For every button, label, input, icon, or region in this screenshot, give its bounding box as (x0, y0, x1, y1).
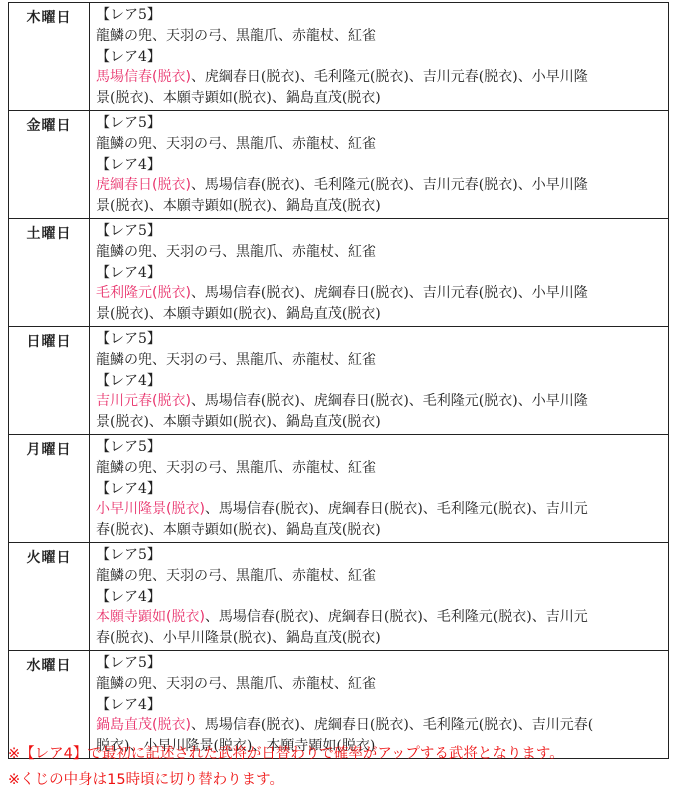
footnotes: ※【レア4】で最初に記述された武将が日替わりで確率がアップする武将となります。 … (8, 741, 564, 793)
content-cell: 【レア5】 龍鱗の兜、天羽の弓、黒龍爪、赤龍杖、紅雀 【レア4】 吉川元春(脱衣… (90, 326, 669, 434)
rare4-line2: 景(脱衣)、本願寺顕如(脱衣)、鍋島直茂(脱衣) (96, 412, 664, 433)
rare5-label: 【レア5】 (96, 437, 664, 458)
rare4-line2: 景(脱衣)、本願寺顕如(脱衣)、鍋島直茂(脱衣) (96, 196, 664, 217)
rare5-items: 龍鱗の兜、天羽の弓、黒龍爪、赤龍杖、紅雀 (96, 566, 664, 587)
featured-general: 本願寺顕如(脱衣) (96, 609, 205, 625)
featured-general: 小早川隆景(脱衣) (96, 501, 205, 517)
day-cell: 火曜日 (9, 542, 90, 650)
content-cell: 【レア5】 龍鱗の兜、天羽の弓、黒龍爪、赤龍杖、紅雀 【レア4】 馬場信春(脱衣… (90, 3, 669, 111)
table-row: 木曜日 【レア5】 龍鱗の兜、天羽の弓、黒龍爪、赤龍杖、紅雀 【レア4】 馬場信… (9, 3, 669, 111)
footnote-rate-up: ※【レア4】で最初に記述された武将が日替わりで確率がアップする武将となります。 (8, 741, 564, 767)
rare5-label: 【レア5】 (96, 545, 664, 566)
rare5-items: 龍鱗の兜、天羽の弓、黒龍爪、赤龍杖、紅雀 (96, 26, 664, 47)
other-generals: 、馬場信春(脱衣)、虎綱春日(脱衣)、毛利隆元(脱衣)、吉川元 (205, 501, 588, 517)
other-generals: 、馬場信春(脱衣)、虎綱春日(脱衣)、吉川元春(脱衣)、小早川隆 (191, 285, 588, 301)
rare4-label: 【レア4】 (96, 47, 664, 68)
other-generals: 、虎綱春日(脱衣)、毛利隆元(脱衣)、吉川元春(脱衣)、小早川隆 (191, 69, 588, 85)
rare4-line2: 景(脱衣)、本願寺顕如(脱衣)、鍋島直茂(脱衣) (96, 304, 664, 325)
day-cell: 土曜日 (9, 218, 90, 326)
footnote-switch-time: ※くじの中身は15時頃に切り替わります。 (8, 767, 564, 793)
day-cell: 日曜日 (9, 326, 90, 434)
rare5-label: 【レア5】 (96, 5, 664, 26)
rare4-label: 【レア4】 (96, 371, 664, 392)
rare5-label: 【レア5】 (96, 221, 664, 242)
rare5-items: 龍鱗の兜、天羽の弓、黒龍爪、赤龍杖、紅雀 (96, 242, 664, 263)
day-cell: 金曜日 (9, 110, 90, 218)
other-generals: 、馬場信春(脱衣)、虎綱春日(脱衣)、毛利隆元(脱衣)、吉川元 (205, 609, 588, 625)
featured-general: 虎綱春日(脱衣) (96, 177, 191, 193)
rare5-label: 【レア5】 (96, 113, 664, 134)
rare4-label: 【レア4】 (96, 155, 664, 176)
other-generals: 、馬場信春(脱衣)、虎綱春日(脱衣)、毛利隆元(脱衣)、吉川元春( (191, 717, 593, 733)
rare4-line1: 鍋島直茂(脱衣)、馬場信春(脱衣)、虎綱春日(脱衣)、毛利隆元(脱衣)、吉川元春… (96, 715, 664, 736)
rare4-line1: 毛利隆元(脱衣)、馬場信春(脱衣)、虎綱春日(脱衣)、吉川元春(脱衣)、小早川隆 (96, 283, 664, 304)
other-generals: 、馬場信春(脱衣)、虎綱春日(脱衣)、毛利隆元(脱衣)、小早川隆 (191, 393, 588, 409)
rare4-line1: 馬場信春(脱衣)、虎綱春日(脱衣)、毛利隆元(脱衣)、吉川元春(脱衣)、小早川隆 (96, 67, 664, 88)
rare4-line2: 春(脱衣)、小早川隆景(脱衣)、鍋島直茂(脱衣) (96, 628, 664, 649)
rare4-line2: 景(脱衣)、本願寺顕如(脱衣)、鍋島直茂(脱衣) (96, 88, 664, 109)
featured-general: 吉川元春(脱衣) (96, 393, 191, 409)
table-row: 火曜日 【レア5】 龍鱗の兜、天羽の弓、黒龍爪、赤龍杖、紅雀 【レア4】 本願寺… (9, 542, 669, 650)
day-cell: 木曜日 (9, 3, 90, 111)
rare5-label: 【レア5】 (96, 329, 664, 350)
content-cell: 【レア5】 龍鱗の兜、天羽の弓、黒龍爪、赤龍杖、紅雀 【レア4】 小早川隆景(脱… (90, 434, 669, 542)
rare4-line1: 吉川元春(脱衣)、馬場信春(脱衣)、虎綱春日(脱衣)、毛利隆元(脱衣)、小早川隆 (96, 391, 664, 412)
featured-general: 毛利隆元(脱衣) (96, 285, 191, 301)
day-cell: 月曜日 (9, 434, 90, 542)
featured-general: 鍋島直茂(脱衣) (96, 717, 191, 733)
content-cell: 【レア5】 龍鱗の兜、天羽の弓、黒龍爪、赤龍杖、紅雀 【レア4】 毛利隆元(脱衣… (90, 218, 669, 326)
rare5-items: 龍鱗の兜、天羽の弓、黒龍爪、赤龍杖、紅雀 (96, 458, 664, 479)
rare5-items: 龍鱗の兜、天羽の弓、黒龍爪、赤龍杖、紅雀 (96, 674, 664, 695)
featured-general: 馬場信春(脱衣) (96, 69, 191, 85)
rare4-label: 【レア4】 (96, 479, 664, 500)
rare4-label: 【レア4】 (96, 587, 664, 608)
daily-schedule-table: 木曜日 【レア5】 龍鱗の兜、天羽の弓、黒龍爪、赤龍杖、紅雀 【レア4】 馬場信… (8, 2, 669, 759)
rare4-line1: 本願寺顕如(脱衣)、馬場信春(脱衣)、虎綱春日(脱衣)、毛利隆元(脱衣)、吉川元 (96, 607, 664, 628)
rare5-items: 龍鱗の兜、天羽の弓、黒龍爪、赤龍杖、紅雀 (96, 350, 664, 371)
rare5-label: 【レア5】 (96, 653, 664, 674)
rare5-items: 龍鱗の兜、天羽の弓、黒龍爪、赤龍杖、紅雀 (96, 134, 664, 155)
table-row: 土曜日 【レア5】 龍鱗の兜、天羽の弓、黒龍爪、赤龍杖、紅雀 【レア4】 毛利隆… (9, 218, 669, 326)
rare4-line1: 虎綱春日(脱衣)、馬場信春(脱衣)、毛利隆元(脱衣)、吉川元春(脱衣)、小早川隆 (96, 175, 664, 196)
content-cell: 【レア5】 龍鱗の兜、天羽の弓、黒龍爪、赤龍杖、紅雀 【レア4】 虎綱春日(脱衣… (90, 110, 669, 218)
other-generals: 、馬場信春(脱衣)、毛利隆元(脱衣)、吉川元春(脱衣)、小早川隆 (191, 177, 588, 193)
table-row: 日曜日 【レア5】 龍鱗の兜、天羽の弓、黒龍爪、赤龍杖、紅雀 【レア4】 吉川元… (9, 326, 669, 434)
rare4-line2: 春(脱衣)、本願寺顕如(脱衣)、鍋島直茂(脱衣) (96, 520, 664, 541)
rare4-label: 【レア4】 (96, 263, 664, 284)
rare4-label: 【レア4】 (96, 695, 664, 716)
table-row: 金曜日 【レア5】 龍鱗の兜、天羽の弓、黒龍爪、赤龍杖、紅雀 【レア4】 虎綱春… (9, 110, 669, 218)
rare4-line1: 小早川隆景(脱衣)、馬場信春(脱衣)、虎綱春日(脱衣)、毛利隆元(脱衣)、吉川元 (96, 499, 664, 520)
content-cell: 【レア5】 龍鱗の兜、天羽の弓、黒龍爪、赤龍杖、紅雀 【レア4】 本願寺顕如(脱… (90, 542, 669, 650)
table-row: 月曜日 【レア5】 龍鱗の兜、天羽の弓、黒龍爪、赤龍杖、紅雀 【レア4】 小早川… (9, 434, 669, 542)
